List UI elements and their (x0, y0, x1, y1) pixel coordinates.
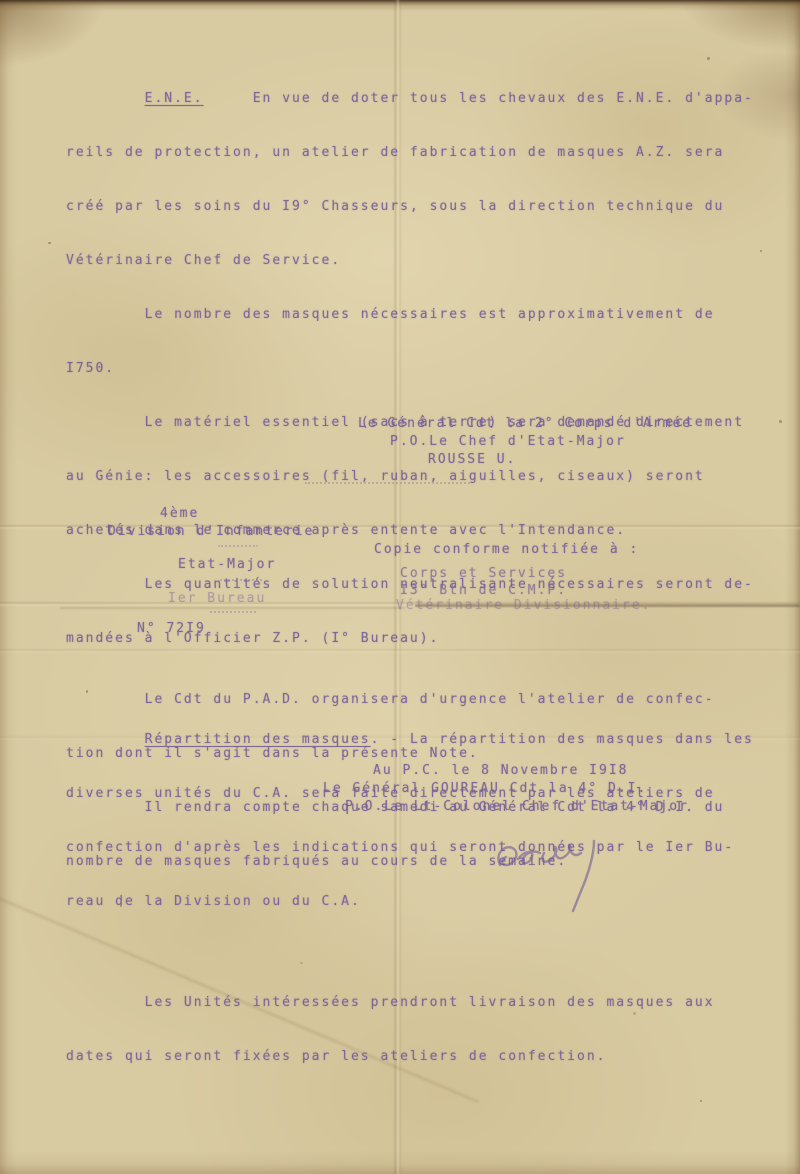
copie-conforme-title: Copie conforme notifiée à : (374, 541, 639, 559)
note-line: E.N.E. En vue de doter tous les chevaux … (66, 90, 754, 108)
note-line: tion dont il s'agit dans la présente Not… (66, 745, 724, 763)
place-date-line: Au P.C. le 8 Novembre I9I8 (373, 762, 629, 780)
letterhead-separator (220, 579, 262, 580)
recipient-line: Corps et Services (400, 565, 567, 583)
note-line: Le nombre des masques nécessaires est ap… (66, 306, 754, 324)
staff-label: Etat-Major (178, 556, 276, 574)
corps-signature-name: ROUSSE U. (428, 451, 516, 469)
handwritten-signature (470, 833, 640, 928)
document-scan: E.N.E. En vue de doter tous les chevaux … (0, 0, 800, 1174)
bureau-label: Ier Bureau (168, 590, 266, 608)
division-name: Division d'Infanterie (108, 523, 314, 541)
reference-number: N° 72I9 (137, 620, 206, 638)
note-line: Le Cdt du P.A.D. organisera d'urgence l'… (66, 691, 724, 709)
underlined-heading-ene: E.N.E. (145, 91, 204, 106)
letterhead-separator (210, 611, 256, 612)
note-line: Les Unités intéressées prendront livrais… (66, 994, 754, 1012)
paper-speck (48, 242, 51, 244)
letterhead-separator (218, 545, 258, 546)
corps-signature-line2: P.O.Le Chef d'Etat-Major (390, 433, 626, 451)
corps-signature-line1: Le Général Cdt la 2° Corps d'Armée (358, 415, 692, 433)
note-line: I750. (66, 360, 754, 378)
closing-general-line: Le Général GOUREAU Cdt la 4° D.I. (323, 780, 647, 798)
paper-speck (779, 420, 782, 423)
closing-po-line: P.O.Le Lt-Colonel Chef d'Etat-Major (345, 798, 689, 816)
note-line: Vétérinaire Chef de Service. (66, 252, 754, 270)
typed-separator-line (305, 482, 470, 484)
note-line: créé par les soins du I9° Chasseurs, sou… (66, 198, 754, 216)
paper-speck (760, 250, 762, 252)
note-line: reils de protection, un atelier de fabri… (66, 144, 754, 162)
paragraph-gap (66, 947, 754, 958)
division-number: 4ème (160, 505, 199, 523)
note-line: dates qui seront fixées par les ateliers… (66, 1048, 754, 1066)
recipient-line: Vétérinaire Divisionnaire. (396, 597, 652, 615)
